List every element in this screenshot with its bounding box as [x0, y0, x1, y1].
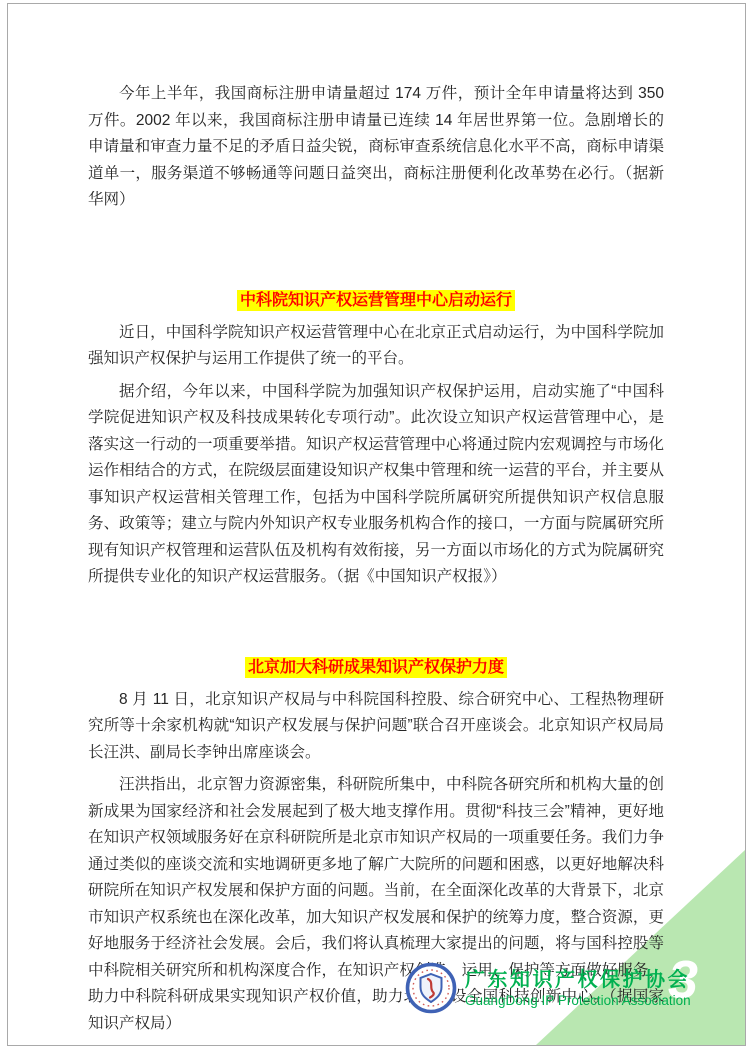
paragraph-cas-center-detail: 据介绍，今年以来，中国科学院为加强知识产权保护运用，启动实施了“中国科学院促进知…: [88, 379, 664, 591]
footer-brand: 广东知识产权保护协会 GuangDong IP Protection Assoc…: [405, 962, 691, 1014]
page-content: 今年上半年，我国商标注册申请量超过 174 万件，预计全年申请量将达到 350 …: [8, 4, 745, 1037]
document-page: 今年上半年，我国商标注册申请量超过 174 万件，预计全年申请量将达到 350 …: [7, 3, 746, 1046]
paragraph-beijing-meeting: 8 月 11 日，北京知识产权局与中科院国科控股、综合研究中心、工程热物理研究所…: [88, 687, 664, 767]
highlighted-heading-text: 北京加大科研成果知识产权保护力度: [245, 657, 507, 678]
association-logo-icon: [405, 962, 457, 1014]
article-heading-beijing-protection: 北京加大科研成果知识产权保护力度: [88, 655, 664, 681]
org-name-english: GuangDong IP Protection Association: [465, 992, 691, 1009]
highlighted-heading-text: 中科院知识产权运营管理中心启动运行: [237, 290, 515, 311]
paragraph-cas-center-intro: 近日，中国科学院知识产权运营管理中心在北京正式启动运行，为中国科学院加强知识产权…: [88, 320, 664, 373]
paragraph-trademark-news: 今年上半年，我国商标注册申请量超过 174 万件，预计全年申请量将达到 350 …: [88, 81, 664, 214]
org-name-block: 广东知识产权保护协会 GuangDong IP Protection Assoc…: [465, 968, 691, 1009]
org-name-chinese: 广东知识产权保护协会: [465, 968, 691, 992]
article-heading-cas-ip-center: 中科院知识产权运营管理中心启动运行: [88, 288, 664, 314]
